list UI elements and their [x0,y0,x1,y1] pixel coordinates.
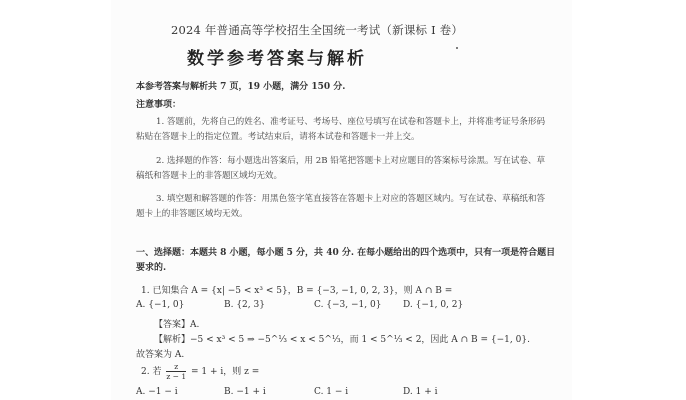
exam-title: 2024 年普通高等学校招生全国统一考试（新课标 I 卷） [171,22,463,38]
question-2-option-a: A. −1 − i [136,387,178,397]
notice-label: 注意事项： [136,97,181,110]
question-1-option-a: A. {−1, 0} [136,300,184,310]
fraction: z z − 1 [166,362,186,381]
document-page: 2024 年普通高等学校招生全国统一考试（新课标 I 卷） 数学参考答案与解析 … [111,0,572,400]
question-2-option-c: C. 1 − i [314,387,348,397]
question-1-answer: 【答案】A. [154,317,199,330]
question-1-conclusion: 故答案为 A. [136,347,184,360]
question-2-suffix: = 1 + i，则 z = [191,367,259,377]
notice-item: 2. 选择题的作答：每小题选出答案后，用 2B 铅笔把答题卡上对应题目的答案标号… [136,154,551,184]
fraction-denominator: z − 1 [166,372,186,381]
question-1-option-b: B. {2, 3} [224,300,265,310]
notice-text: 1. 答题前，先将自己的姓名、准考证号、考场号、座位号填写在试卷和答题卡上，并将… [136,117,545,142]
fraction-numerator: z [166,362,186,372]
question-2-option-d: D. 1 + i [403,387,437,397]
stray-mark [456,47,458,49]
document-title: 数学参考答案与解析 [187,44,367,69]
section-heading: 一、选择题：本题共 8 小题，每小题 5 分，共 40 分. 在每小题给出的四个… [136,246,556,276]
question-1-analysis: 【解析】−5 < x³ < 5 ⇒ −5^⅓ < x < 5^⅓，而 1 < 5… [154,332,530,345]
document-summary: 本参考答案与解析共 7 页，19 小题，满分 150 分. [136,79,345,92]
question-1-option-c: C. {−3, −1, 0} [314,300,381,310]
question-2-prefix: 2. 若 [141,367,161,377]
notice-item: 3. 填空题和解答题的作答：用黑色签字笔直接答在答题卡上对应的答题区域内。写在试… [136,192,551,222]
question-2-stem: 2. 若 z z − 1 = 1 + i，则 z = [141,362,259,381]
notice-text: 2. 选择题的作答：每小题选出答案后，用 2B 铅笔把答题卡上对应题目的答案标号… [136,156,545,181]
question-1-option-d: D. {−1, 0, 2} [403,300,463,310]
notice-text: 3. 填空题和解答题的作答：用黑色签字笔直接答在答题卡上对应的答题区域内。写在试… [136,194,545,219]
question-2-option-b: B. −1 + i [224,387,266,397]
question-1-stem: 1. 已知集合 A = {x| −5 < x³ < 5}，B = {−3, −1… [141,283,452,296]
notice-item: 1. 答题前，先将自己的姓名、准考证号、考场号、座位号填写在试卷和答题卡上，并将… [136,115,551,145]
